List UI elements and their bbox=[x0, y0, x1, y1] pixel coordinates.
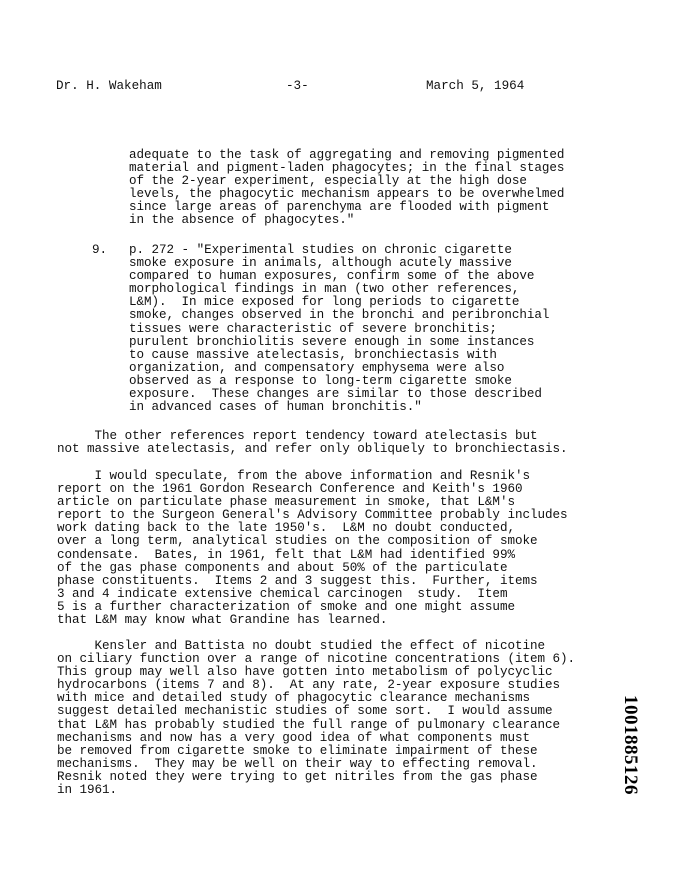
text-line: 3 and 4 indicate extensive chemical carc… bbox=[57, 588, 568, 601]
letter-header: Dr. H. Wakeham -3- March 5, 1964 bbox=[0, 79, 675, 95]
quote-continuation: adequate to the task of aggregating and … bbox=[129, 149, 564, 228]
recipient-name: Dr. H. Wakeham bbox=[56, 79, 162, 93]
item-9-quote: p. 272 - "Experimental studies on chroni… bbox=[129, 244, 549, 414]
bates-number: 1001885126 bbox=[619, 695, 641, 795]
text-line: mechanisms and now has a very good idea … bbox=[57, 732, 575, 745]
paragraph-atelectasis: The other references report tendency tow… bbox=[57, 430, 568, 456]
text-line: tissues were characteristic of severe br… bbox=[129, 323, 549, 336]
text-line: suggest detailed mechanistic studies of … bbox=[57, 705, 575, 718]
text-line: Resnik noted they were trying to get nit… bbox=[57, 771, 575, 784]
text-line: not massive atelectasis, and refer only … bbox=[57, 443, 568, 456]
text-line: in advanced cases of human bronchitis." bbox=[129, 401, 549, 414]
text-line: mechanisms. They may be well on their wa… bbox=[57, 758, 575, 771]
text-line: be removed from cigarette smoke to elimi… bbox=[57, 745, 575, 758]
text-line: organization, and compensatory emphysema… bbox=[129, 362, 549, 375]
text-line: phase constituents. Items 2 and 3 sugges… bbox=[57, 575, 568, 588]
page-number: -3- bbox=[286, 79, 309, 93]
text-line: that L&M may know what Grandine has lear… bbox=[57, 614, 568, 627]
document-page: Dr. H. Wakeham -3- March 5, 1964 adequat… bbox=[0, 0, 675, 869]
text-line: smoke, changes observed in the bronchi a… bbox=[129, 309, 549, 322]
text-line: in 1961. bbox=[57, 784, 575, 797]
text-line: over a long term, analytical studies on … bbox=[57, 535, 568, 548]
text-line: to cause massive atelectasis, bronchiect… bbox=[129, 349, 549, 362]
paragraph-speculation: I would speculate, from the above inform… bbox=[57, 470, 568, 627]
text-line: that L&M has probably studied the full r… bbox=[57, 719, 575, 732]
letter-date: March 5, 1964 bbox=[426, 79, 524, 93]
bates-number-stamp: 1001885126 bbox=[620, 685, 640, 805]
text-line: condensate. Bates, in 1961, felt that L&… bbox=[57, 549, 568, 562]
text-line: purulent bronchiolitis severe enough in … bbox=[129, 336, 549, 349]
text-line: in the absence of phagocytes." bbox=[129, 214, 564, 227]
paragraph-kensler-battista: Kensler and Battista no doubt studied th… bbox=[57, 640, 575, 797]
text-line: of the gas phase components and about 50… bbox=[57, 562, 568, 575]
item-9-number: 9. bbox=[92, 244, 107, 257]
